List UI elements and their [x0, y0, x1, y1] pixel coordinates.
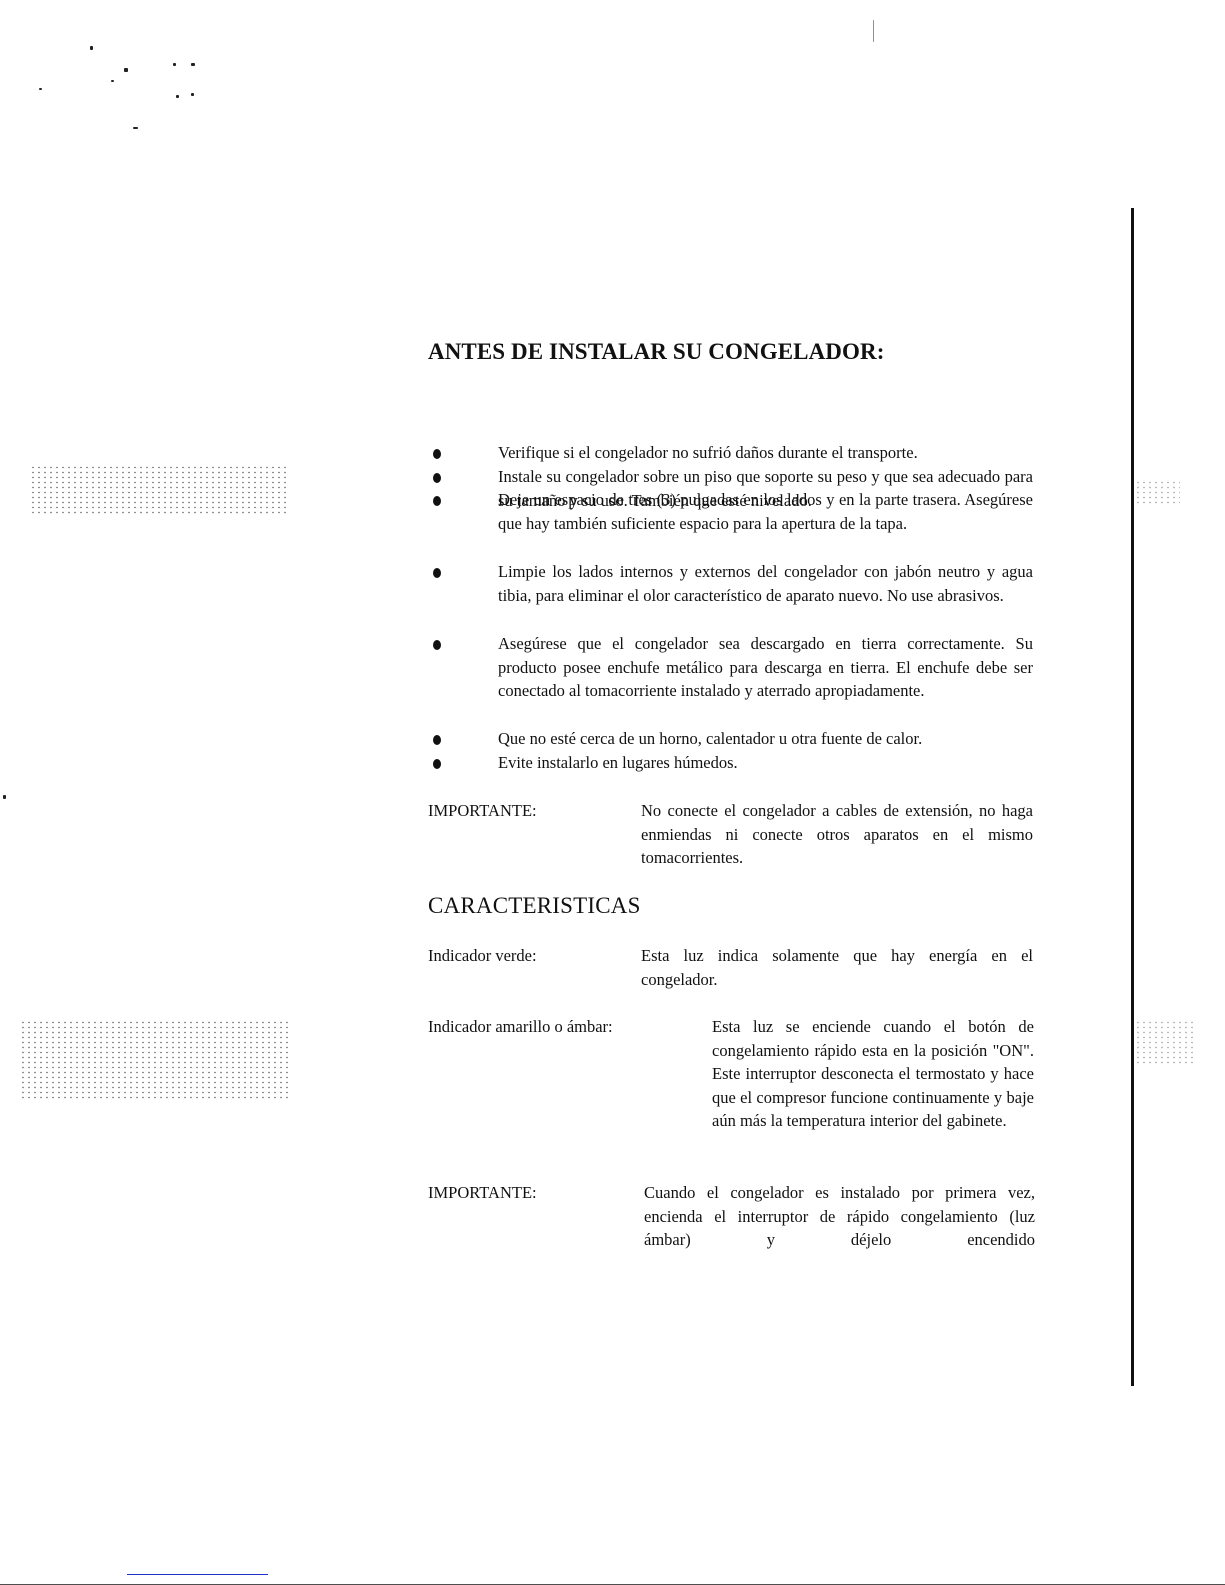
list-item: Evite instalarlo en lugares húmedos. — [498, 751, 1038, 775]
scan-speck — [39, 88, 42, 90]
scan-speck — [191, 63, 195, 66]
bullet-icon — [433, 735, 441, 745]
important-label-2: IMPORTANTE: — [428, 1181, 537, 1205]
feature-label-amber: Indicador amarillo o ámbar: — [428, 1015, 613, 1039]
scan-speck — [176, 95, 179, 98]
list-item: Verifique si el congelador no sufrió dañ… — [498, 441, 1038, 465]
page-edge-line — [1131, 208, 1134, 1386]
important-label: IMPORTANTE: — [428, 799, 537, 823]
bullet-icon — [433, 568, 441, 578]
important-note: No conecte el congelador a cables de ext… — [641, 799, 1033, 870]
list-item: Limpie los lados internos y externos del… — [498, 560, 1033, 607]
bullet-icon — [433, 449, 441, 459]
scan-speck — [133, 127, 138, 129]
scan-speck — [124, 68, 128, 72]
list-item: Deje un espacio de tres (3) pulgadas en … — [498, 488, 1033, 535]
list-item: Que no esté cerca de un horno, calentado… — [498, 727, 1043, 751]
feature-desc-amber: Esta luz se enciende cuando el botón de … — [712, 1015, 1034, 1133]
scan-speck — [191, 93, 194, 96]
section-heading-before-install: ANTES DE INSTALAR SU CONGELADOR: — [428, 339, 884, 365]
feature-desc-green: Esta luz indica solamente que hay energí… — [641, 944, 1033, 991]
scan-speck — [3, 795, 6, 799]
list-item: Asegúrese que el congelador sea descarga… — [498, 632, 1033, 703]
bullet-icon — [433, 759, 441, 769]
bullet-icon — [433, 640, 441, 650]
bullet-icon — [433, 473, 441, 483]
important-note-2: Cuando el congelador es instalado por pr… — [644, 1181, 1035, 1252]
scan-speck — [90, 46, 93, 50]
scan-speck — [873, 20, 874, 42]
scan-noise — [30, 465, 290, 515]
section-heading-features: CARACTERISTICAS — [428, 893, 641, 919]
feature-label-green: Indicador verde: — [428, 944, 537, 968]
bullet-icon — [433, 496, 441, 506]
scan-speck — [173, 63, 176, 66]
scan-noise — [1135, 1020, 1195, 1065]
scan-noise — [1135, 480, 1180, 505]
link-underline — [127, 1574, 268, 1575]
scan-speck — [111, 80, 114, 82]
scan-noise — [20, 1020, 290, 1100]
